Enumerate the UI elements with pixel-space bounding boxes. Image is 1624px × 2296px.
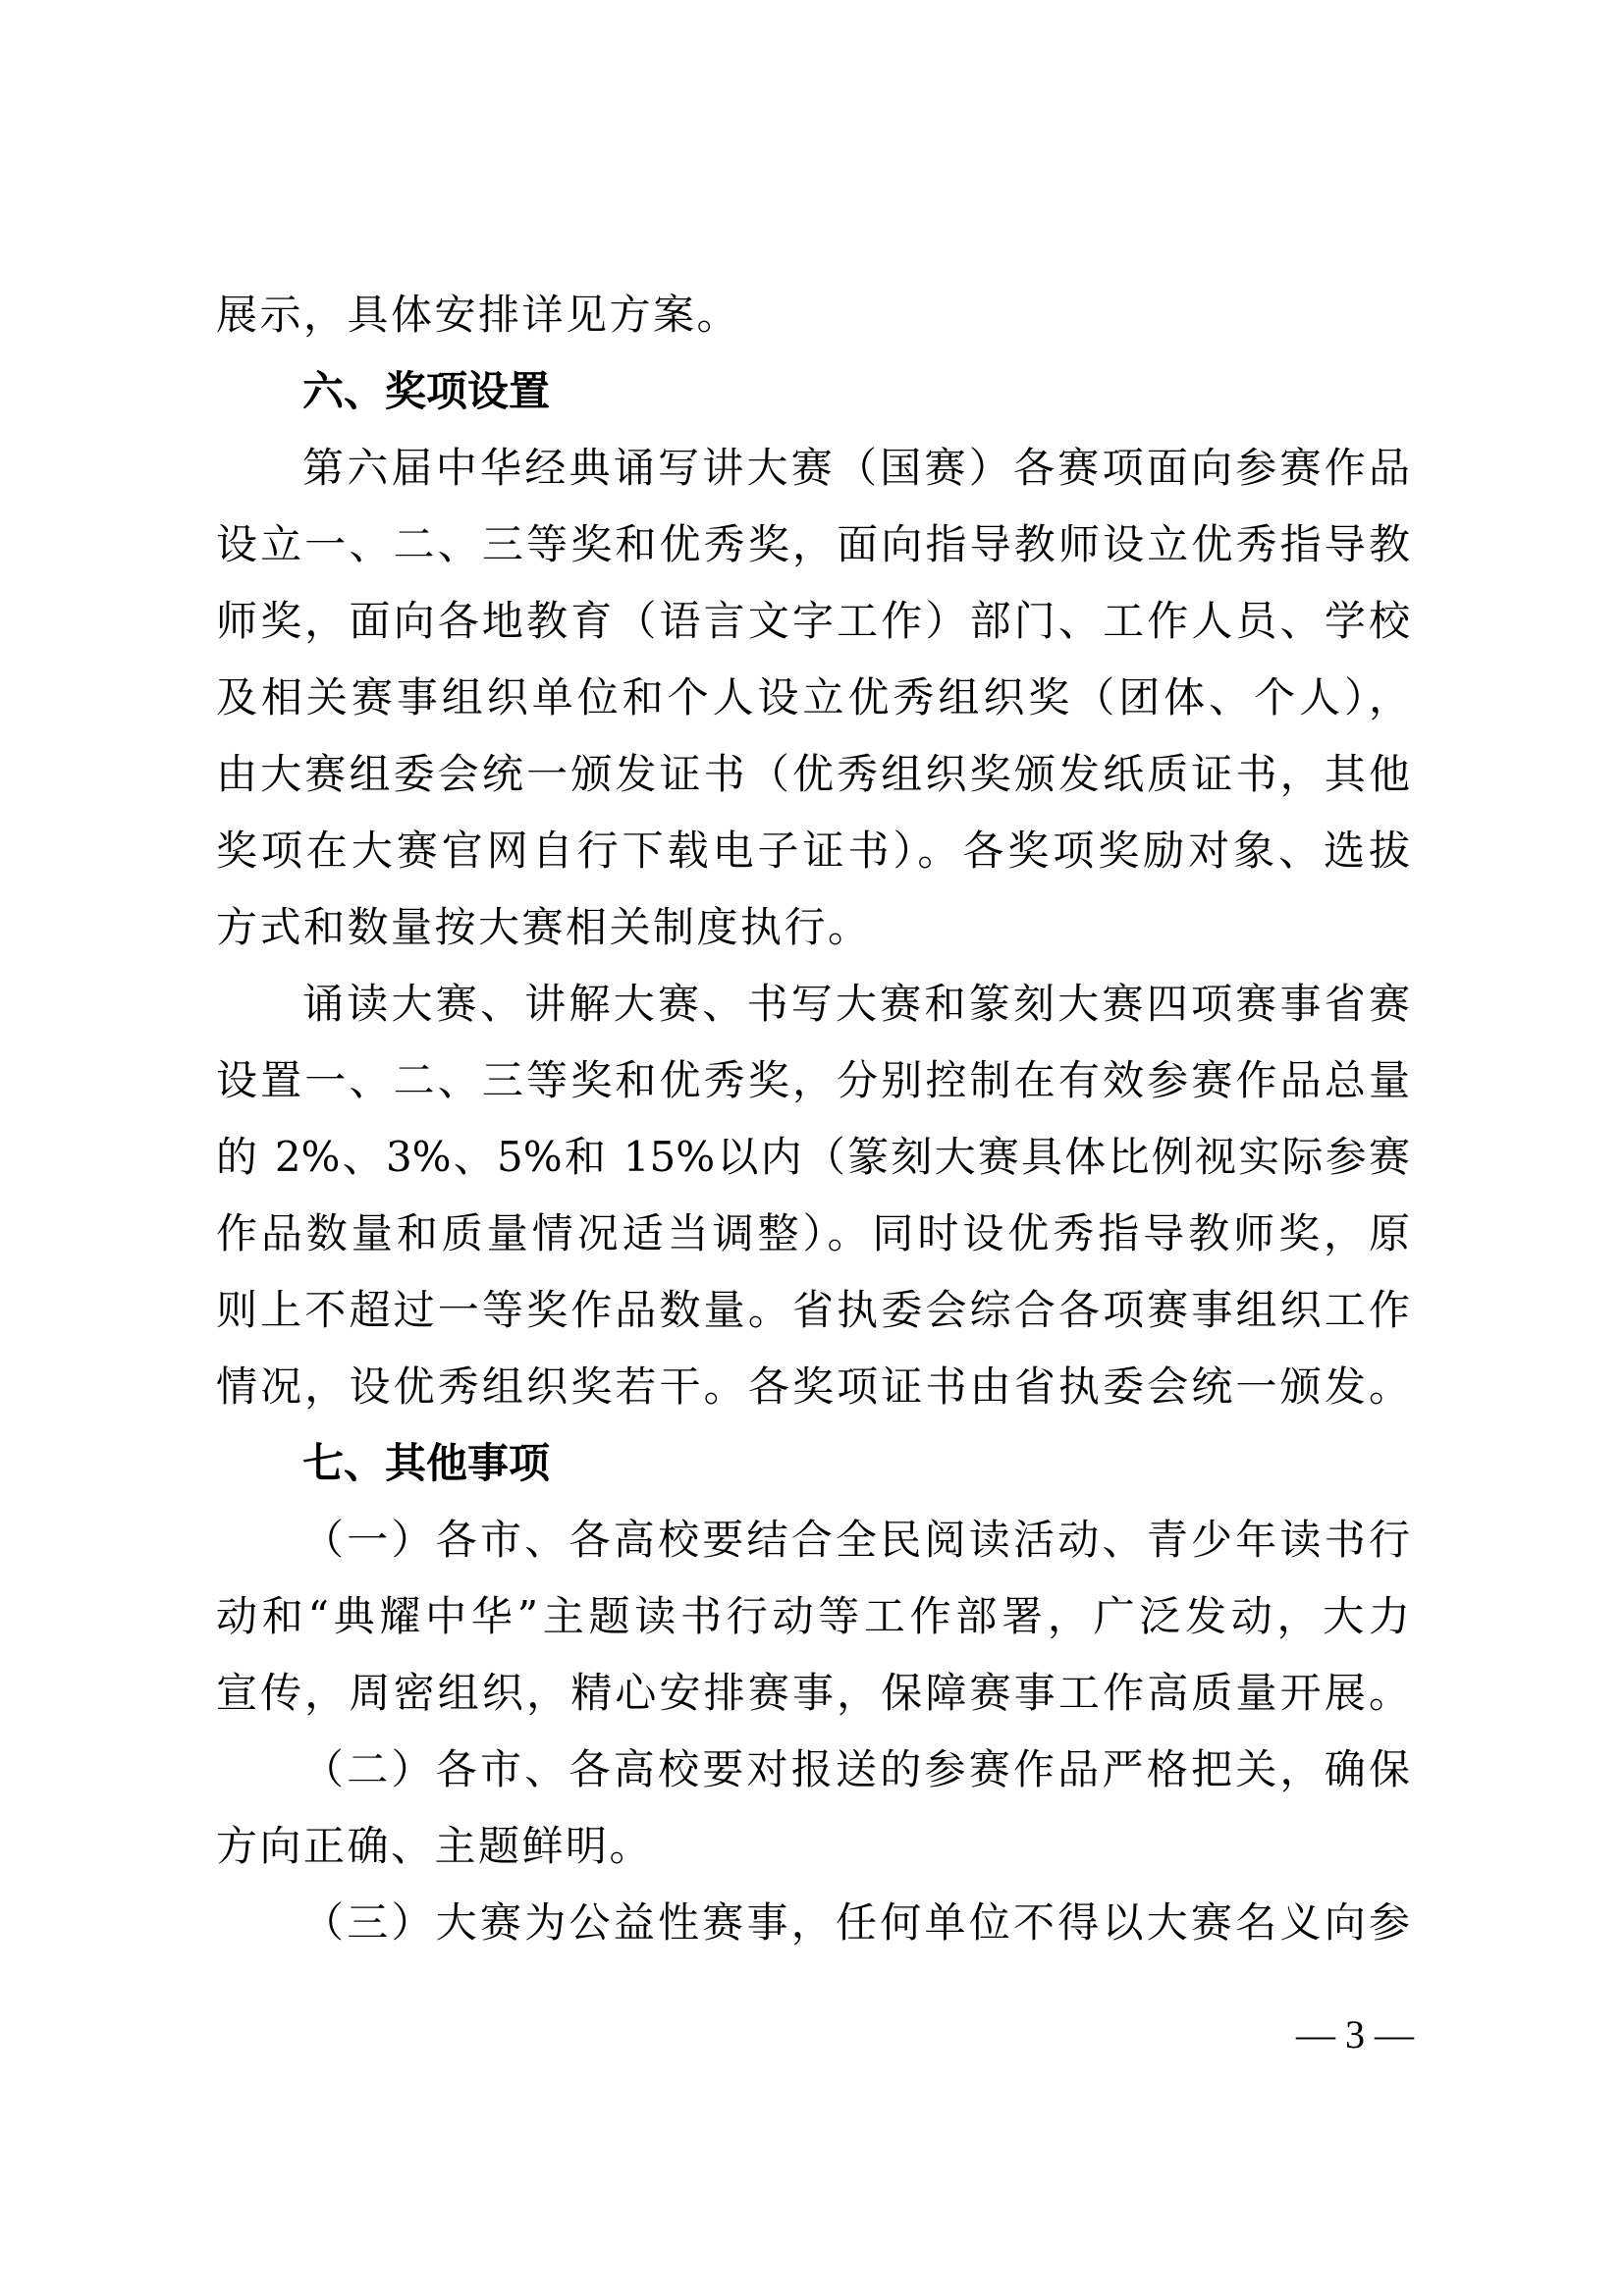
paragraph-start-line: （三）大赛为公益性赛事，任何单位不得以大赛名义向参 xyxy=(302,1894,1410,1952)
page-number: — 3 — xyxy=(1276,2010,1434,2059)
body-text-line: 宣传，周密组织，精心安排赛事，保障赛事工作高质量开展。 xyxy=(216,1664,1410,1723)
body-text-line: 由大赛组委会统一颁发证书（优秀组织奖颁发纸质证书，其他 xyxy=(216,745,1410,804)
body-text-line: 展示，具体安排详见方案。 xyxy=(216,286,1410,345)
paragraph-start-line: 第六届中华经典诵写讲大赛（国赛）各赛项面向参赛作品 xyxy=(302,439,1410,498)
body-text-line: 情况，设优秀组织奖若干。各奖项证书由省执委会统一颁发。 xyxy=(216,1358,1410,1416)
section-heading-awards: 六、奖项设置 xyxy=(302,362,1410,421)
body-text-line: 动和“典耀中华”主题读书行动等工作部署，广泛发动，大力 xyxy=(216,1587,1410,1646)
section-heading-other-matters: 七、其他事项 xyxy=(302,1434,1410,1493)
paragraph-start-line: （二）各市、各高校要对报送的参赛作品严格把关，确保 xyxy=(302,1740,1410,1799)
body-text-line: 设置一、二、三等奖和优秀奖，分别控制在有效参赛作品总量 xyxy=(216,1051,1410,1110)
body-text-line: 设立一、二、三等奖和优秀奖，面向指导教师设立优秀指导教 xyxy=(216,515,1410,574)
body-text-line: 则上不超过一等奖作品数量。省执委会综合各项赛事组织工作 xyxy=(216,1281,1410,1340)
paragraph-start-line: 诵读大赛、讲解大赛、书写大赛和篆刻大赛四项赛事省赛 xyxy=(302,975,1410,1034)
body-text-line: 作品数量和质量情况适当调整）。同时设优秀指导教师奖，原 xyxy=(216,1204,1410,1263)
body-text-line: 的 2%、3%、5%和 15%以内（篆刻大赛具体比例视实际参赛 xyxy=(216,1128,1410,1187)
document-page: 展示，具体安排详见方案。 六、奖项设置 第六届中华经典诵写讲大赛（国赛）各赛项面… xyxy=(0,0,1624,2296)
body-text-line: 方式和数量按大赛相关制度执行。 xyxy=(216,898,1410,957)
body-text-line: 奖项在大赛官网自行下载电子证书）。各奖项奖励对象、选拔 xyxy=(216,822,1410,881)
body-text-line: 及相关赛事组织单位和个人设立优秀组织奖（团体、个人）， xyxy=(216,668,1410,727)
paragraph-start-line: （一）各市、各高校要结合全民阅读活动、青少年读书行 xyxy=(302,1511,1410,1570)
body-text-line: 师奖，面向各地教育（语言文字工作）部门、工作人员、学校 xyxy=(216,592,1410,651)
body-text-line: 方向正确、主题鲜明。 xyxy=(216,1817,1410,1876)
